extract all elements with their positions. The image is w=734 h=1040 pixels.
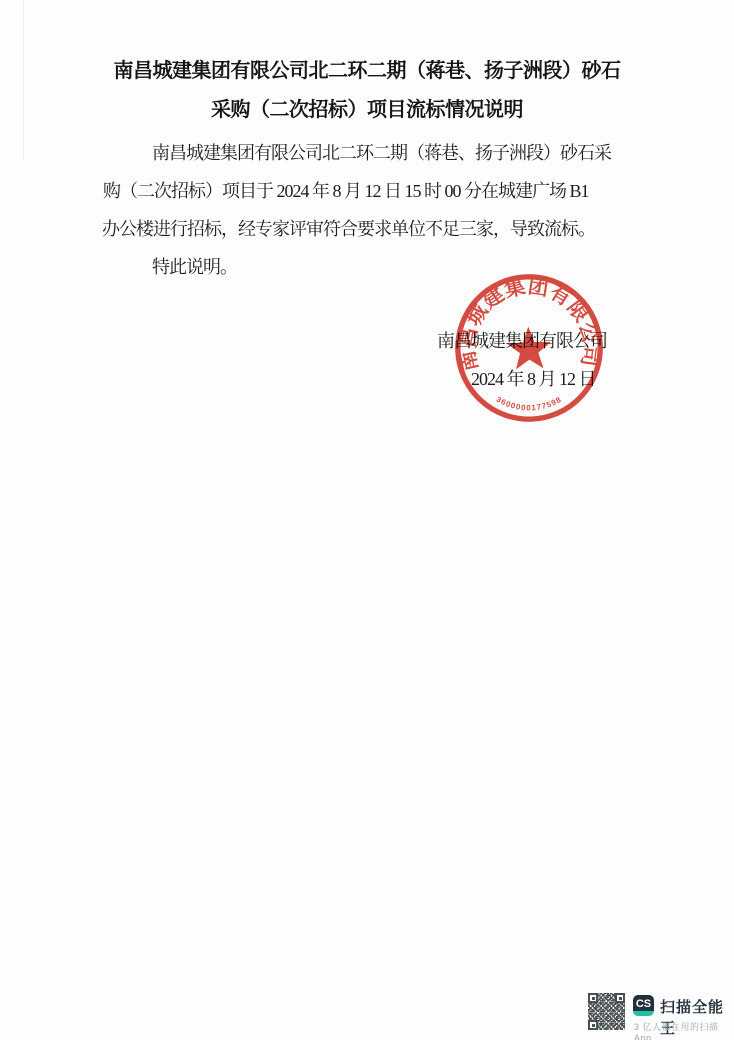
qr-code — [588, 993, 625, 1030]
qr-finder-bottom-left — [588, 1020, 598, 1030]
qr-finder-top-right — [615, 993, 625, 1003]
camscanner-logo-icon: CS — [633, 995, 654, 1016]
scanned-document-page: 南昌城建集团有限公司北二环二期（蒋巷、扬子洲段）砂石 采购（二次招标）项目流标情… — [0, 0, 734, 1040]
svg-text:3600000177598: 3600000177598 — [494, 392, 563, 413]
body-paragraph-line3: 办公楼进行招标，经专家评审符合要求单位不足三家，导致流标。 — [102, 219, 595, 240]
body-paragraph-line2: 购（二次招标）项目于 2024 年 8 月 12 日 15 时 00 分在城建广… — [103, 181, 589, 202]
seal-serial-number: 3600000177598 — [494, 392, 563, 413]
document-title-line1: 南昌城建集团有限公司北二环二期（蒋巷、扬子洲段）砂石 — [0, 60, 734, 83]
body-paragraph-line4: 特此说明。 — [152, 257, 237, 278]
company-seal: 南昌城建集团有限公司 3600000177598 — [447, 267, 610, 428]
qr-finder-top-left — [588, 993, 598, 1003]
document-title-line2: 采购（二次招标）项目流标情况说明 — [0, 99, 734, 122]
seal-star-icon — [506, 326, 552, 370]
body-paragraph-line1: 南昌城建集团有限公司北二环二期（蒋巷、扬子洲段）砂石采 — [152, 143, 611, 164]
camscanner-tagline: 3 亿人都在用的扫描App — [634, 1020, 734, 1040]
